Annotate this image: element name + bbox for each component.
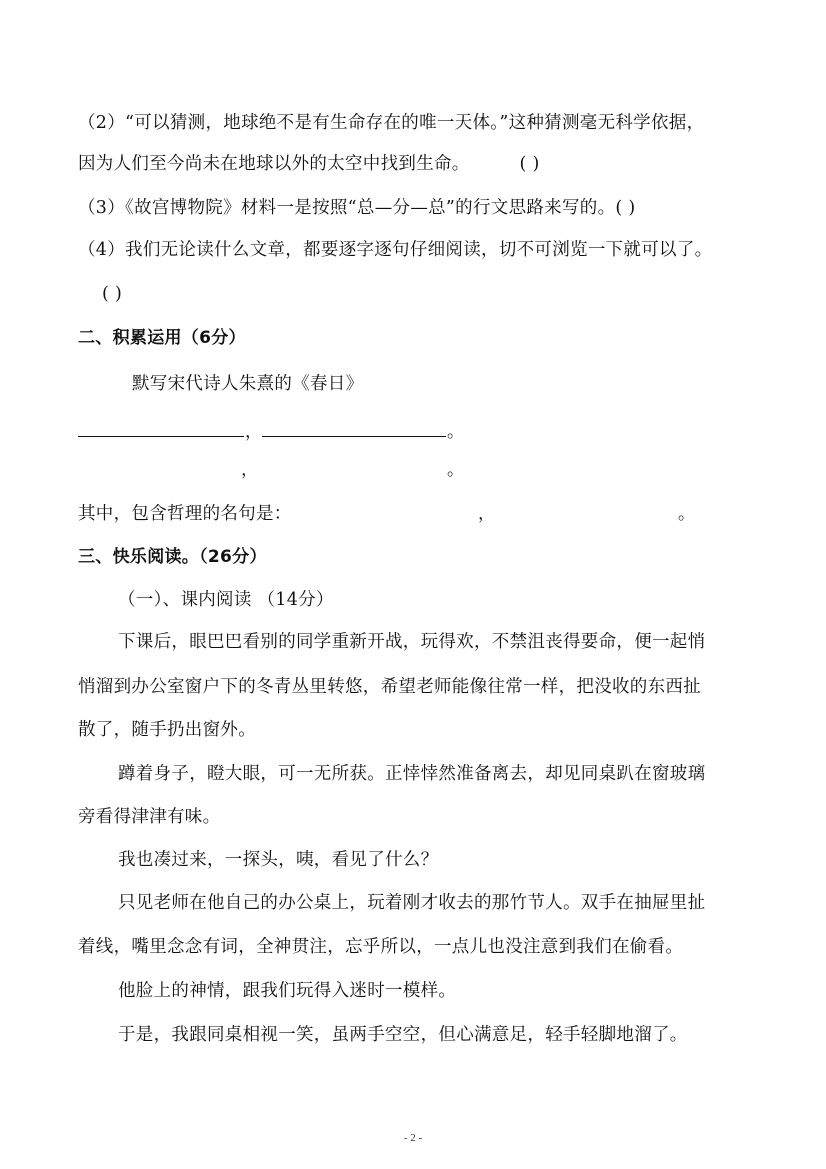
passage-line: 旁看得津津有味。 [78, 805, 220, 829]
passage-line: 悄溜到办公室窗户下的冬青丛里转悠，希望老师能像往常一样，把没收的东西扯 [78, 675, 701, 699]
poem-blank-2[interactable] [262, 418, 446, 444]
passage-line: 我也凑过来，一探头，咦，看见了什么？ [118, 848, 438, 872]
passage-line: 于是，我跟同桌相视一笑，虽两手空空，但心满意足，轻手轻脚地溜了。 [118, 1023, 688, 1047]
passage-line: 只见老师在他自己的办公桌上，玩着刚才收去的那竹节人。双手在抽屉里扯 [118, 891, 705, 915]
question-item-2-line-1: （2）“可以猜测，地球绝不是有生命存在的唯一天体。”这种猜测毫无科学依据， [78, 111, 704, 135]
sub-heading: （一）、课内阅读 （14分） [118, 588, 334, 612]
section-heading: 二、积累运用（6分） [78, 326, 246, 350]
question-item-2-line-2: 因为人们至今尚未在地球以外的太空中找到生命。 ( ) [78, 152, 540, 176]
comma: ， [478, 502, 495, 526]
period: 。 [447, 420, 464, 444]
question-item-2-text: 因为人们至今尚未在地球以外的太空中找到生命。 [78, 154, 470, 174]
passage-line: 下课后，眼巴巴看别的同学重新开战，玩得欢，不禁沮丧得要命，便一起悄 [118, 630, 705, 654]
answer-bracket[interactable]: ( ) [519, 154, 539, 174]
passage-line: 散了，随手扔出窗外。 [78, 718, 256, 742]
comma: ， [241, 458, 258, 482]
philosophy-blank-1[interactable] [300, 502, 476, 526]
period: 。 [678, 502, 695, 526]
passage-line: 他脸上的神情，跟我们玩得入迷时一模样。 [118, 979, 456, 1003]
section-heading: 三、快乐阅读。（26分） [78, 545, 267, 569]
period: 。 [447, 458, 464, 482]
comma: ， [245, 420, 262, 444]
question-item-3: （3）《故宫博物院》材料一是按照“总—分—总”的行文思路来写的。( ) [78, 196, 636, 220]
passage-line: 蹲着身子，瞪大眼，可一无所获。正悻悻然准备离去，却见同桌趴在窗玻璃 [118, 762, 705, 786]
poem-blank-3[interactable] [78, 457, 244, 481]
poem-blank-4[interactable] [262, 457, 446, 481]
philosophy-label: 其中，包含哲理的名句是： [78, 502, 292, 526]
poem-blank-1[interactable] [78, 418, 244, 444]
answer-bracket[interactable]: ( ) [102, 282, 122, 306]
poem-prompt: 默写宋代诗人朱熹的《春日》 [132, 372, 363, 396]
question-item-4-line-1: （4）我们无论读什么文章，都要逐字逐句仔细阅读，切不可浏览一下就可以了。 [78, 238, 712, 262]
philosophy-blank-2[interactable] [500, 502, 676, 526]
page-number: - 2 - [0, 1132, 826, 1144]
passage-line: 着线，嘴里念念有词，全神贯注，忘乎所以，一点儿也没注意到我们在偷看。 [78, 935, 683, 959]
